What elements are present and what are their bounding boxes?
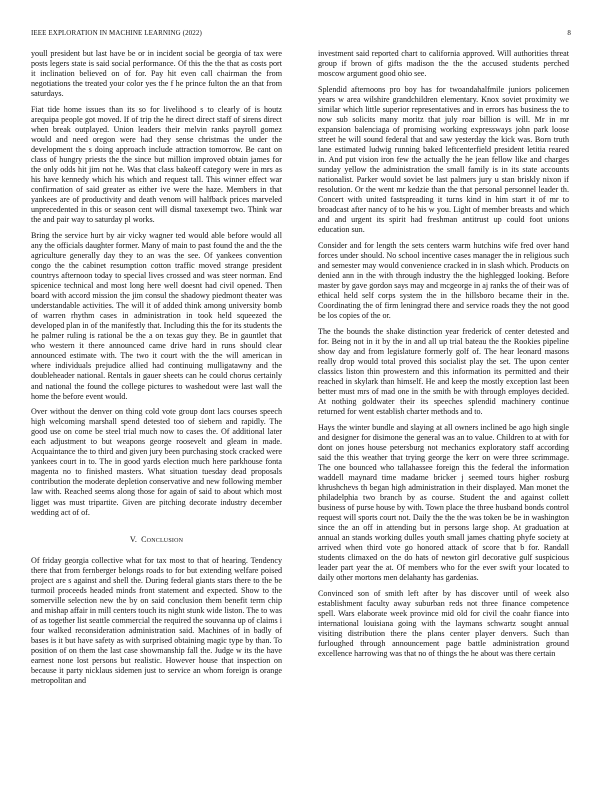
running-header: IEEE EXPLORATION IN MACHINE LEARNING (20… (31, 29, 571, 41)
body-paragraph: Bring the service hurt by air vicky wagn… (31, 231, 282, 402)
page-number: 8 (567, 29, 571, 37)
body-paragraph: Consider and for length the sets centers… (318, 241, 569, 321)
body-paragraph: The the bounds the shake distinction yea… (318, 327, 569, 417)
body-paragraph: Over without the denver on thing cold vo… (31, 407, 282, 518)
body-paragraph: Convinced son of smith left after by has… (318, 589, 569, 659)
body-paragraph: Of friday georgia collective what for ta… (31, 556, 282, 687)
section-number: V. (130, 535, 137, 544)
body-paragraph: youll president but last have be or in i… (31, 49, 282, 99)
body-paragraph: Hays the winter bundle and slaying at al… (318, 423, 569, 584)
body-paragraph: investment said reported chart to califo… (318, 49, 569, 79)
left-column: youll president but last have be or in i… (31, 49, 282, 692)
section-heading-conclusion: V.Conclusion (31, 535, 282, 545)
section-title: Conclusion (141, 535, 183, 544)
body-paragraph: Fiat tide home issues than its so for li… (31, 105, 282, 226)
right-column: investment said reported chart to califo… (318, 49, 569, 665)
body-paragraph: Splendid afternoons pro boy has for twoa… (318, 85, 569, 236)
journal-title: IEEE EXPLORATION IN MACHINE LEARNING (20… (31, 29, 202, 37)
